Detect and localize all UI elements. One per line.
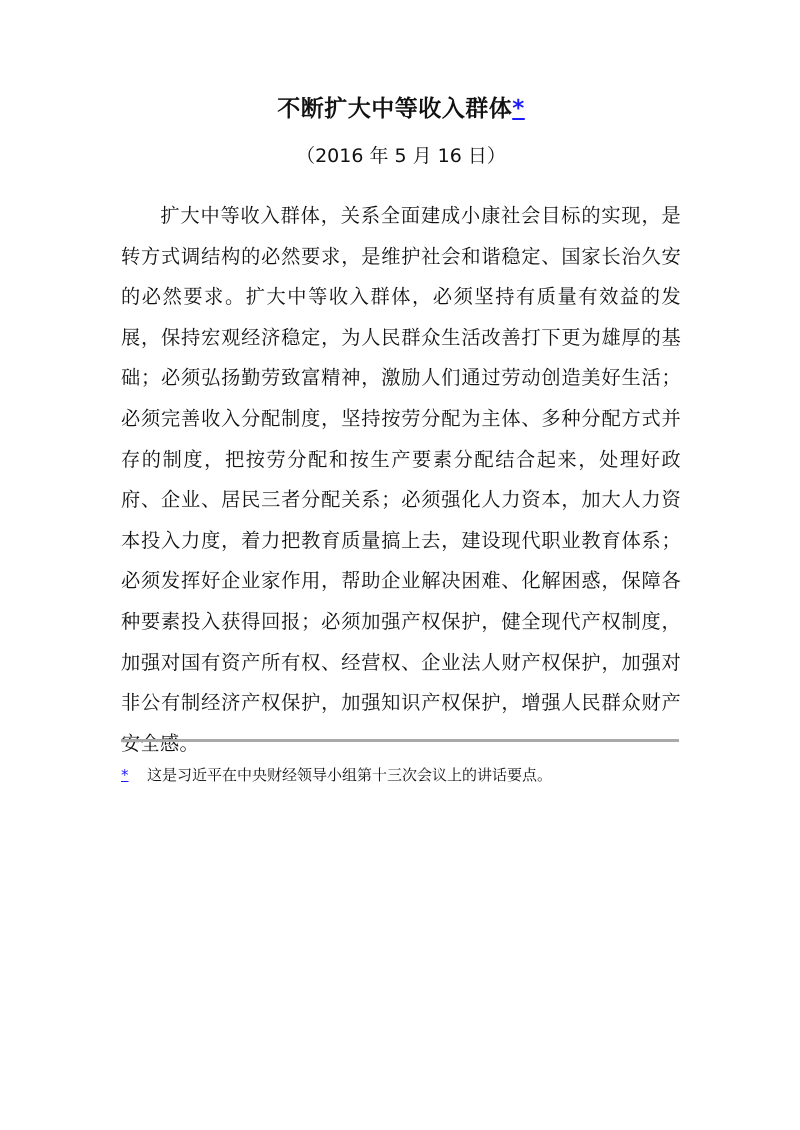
title-footnote-link[interactable]: * bbox=[512, 96, 525, 122]
footnote: * 这是习近平在中央财经领导小组第十三次会议上的讲话要点。 bbox=[121, 763, 681, 787]
footnote-divider bbox=[121, 739, 679, 742]
title-text: 不断扩大中等收入群体 bbox=[277, 96, 512, 122]
date-line: （2016 年 5 月 16 日） bbox=[121, 141, 681, 171]
footnote-text: 这是习近平在中央财经领导小组第十三次会议上的讲话要点。 bbox=[147, 763, 552, 787]
footnote-backlink[interactable]: * bbox=[121, 763, 147, 787]
body-paragraph: 扩大中等收入群体，关系全面建成小康社会目标的实现，是转方式调结构的必然要求，是维… bbox=[121, 196, 681, 764]
page-title: 不断扩大中等收入群体* bbox=[121, 92, 681, 126]
